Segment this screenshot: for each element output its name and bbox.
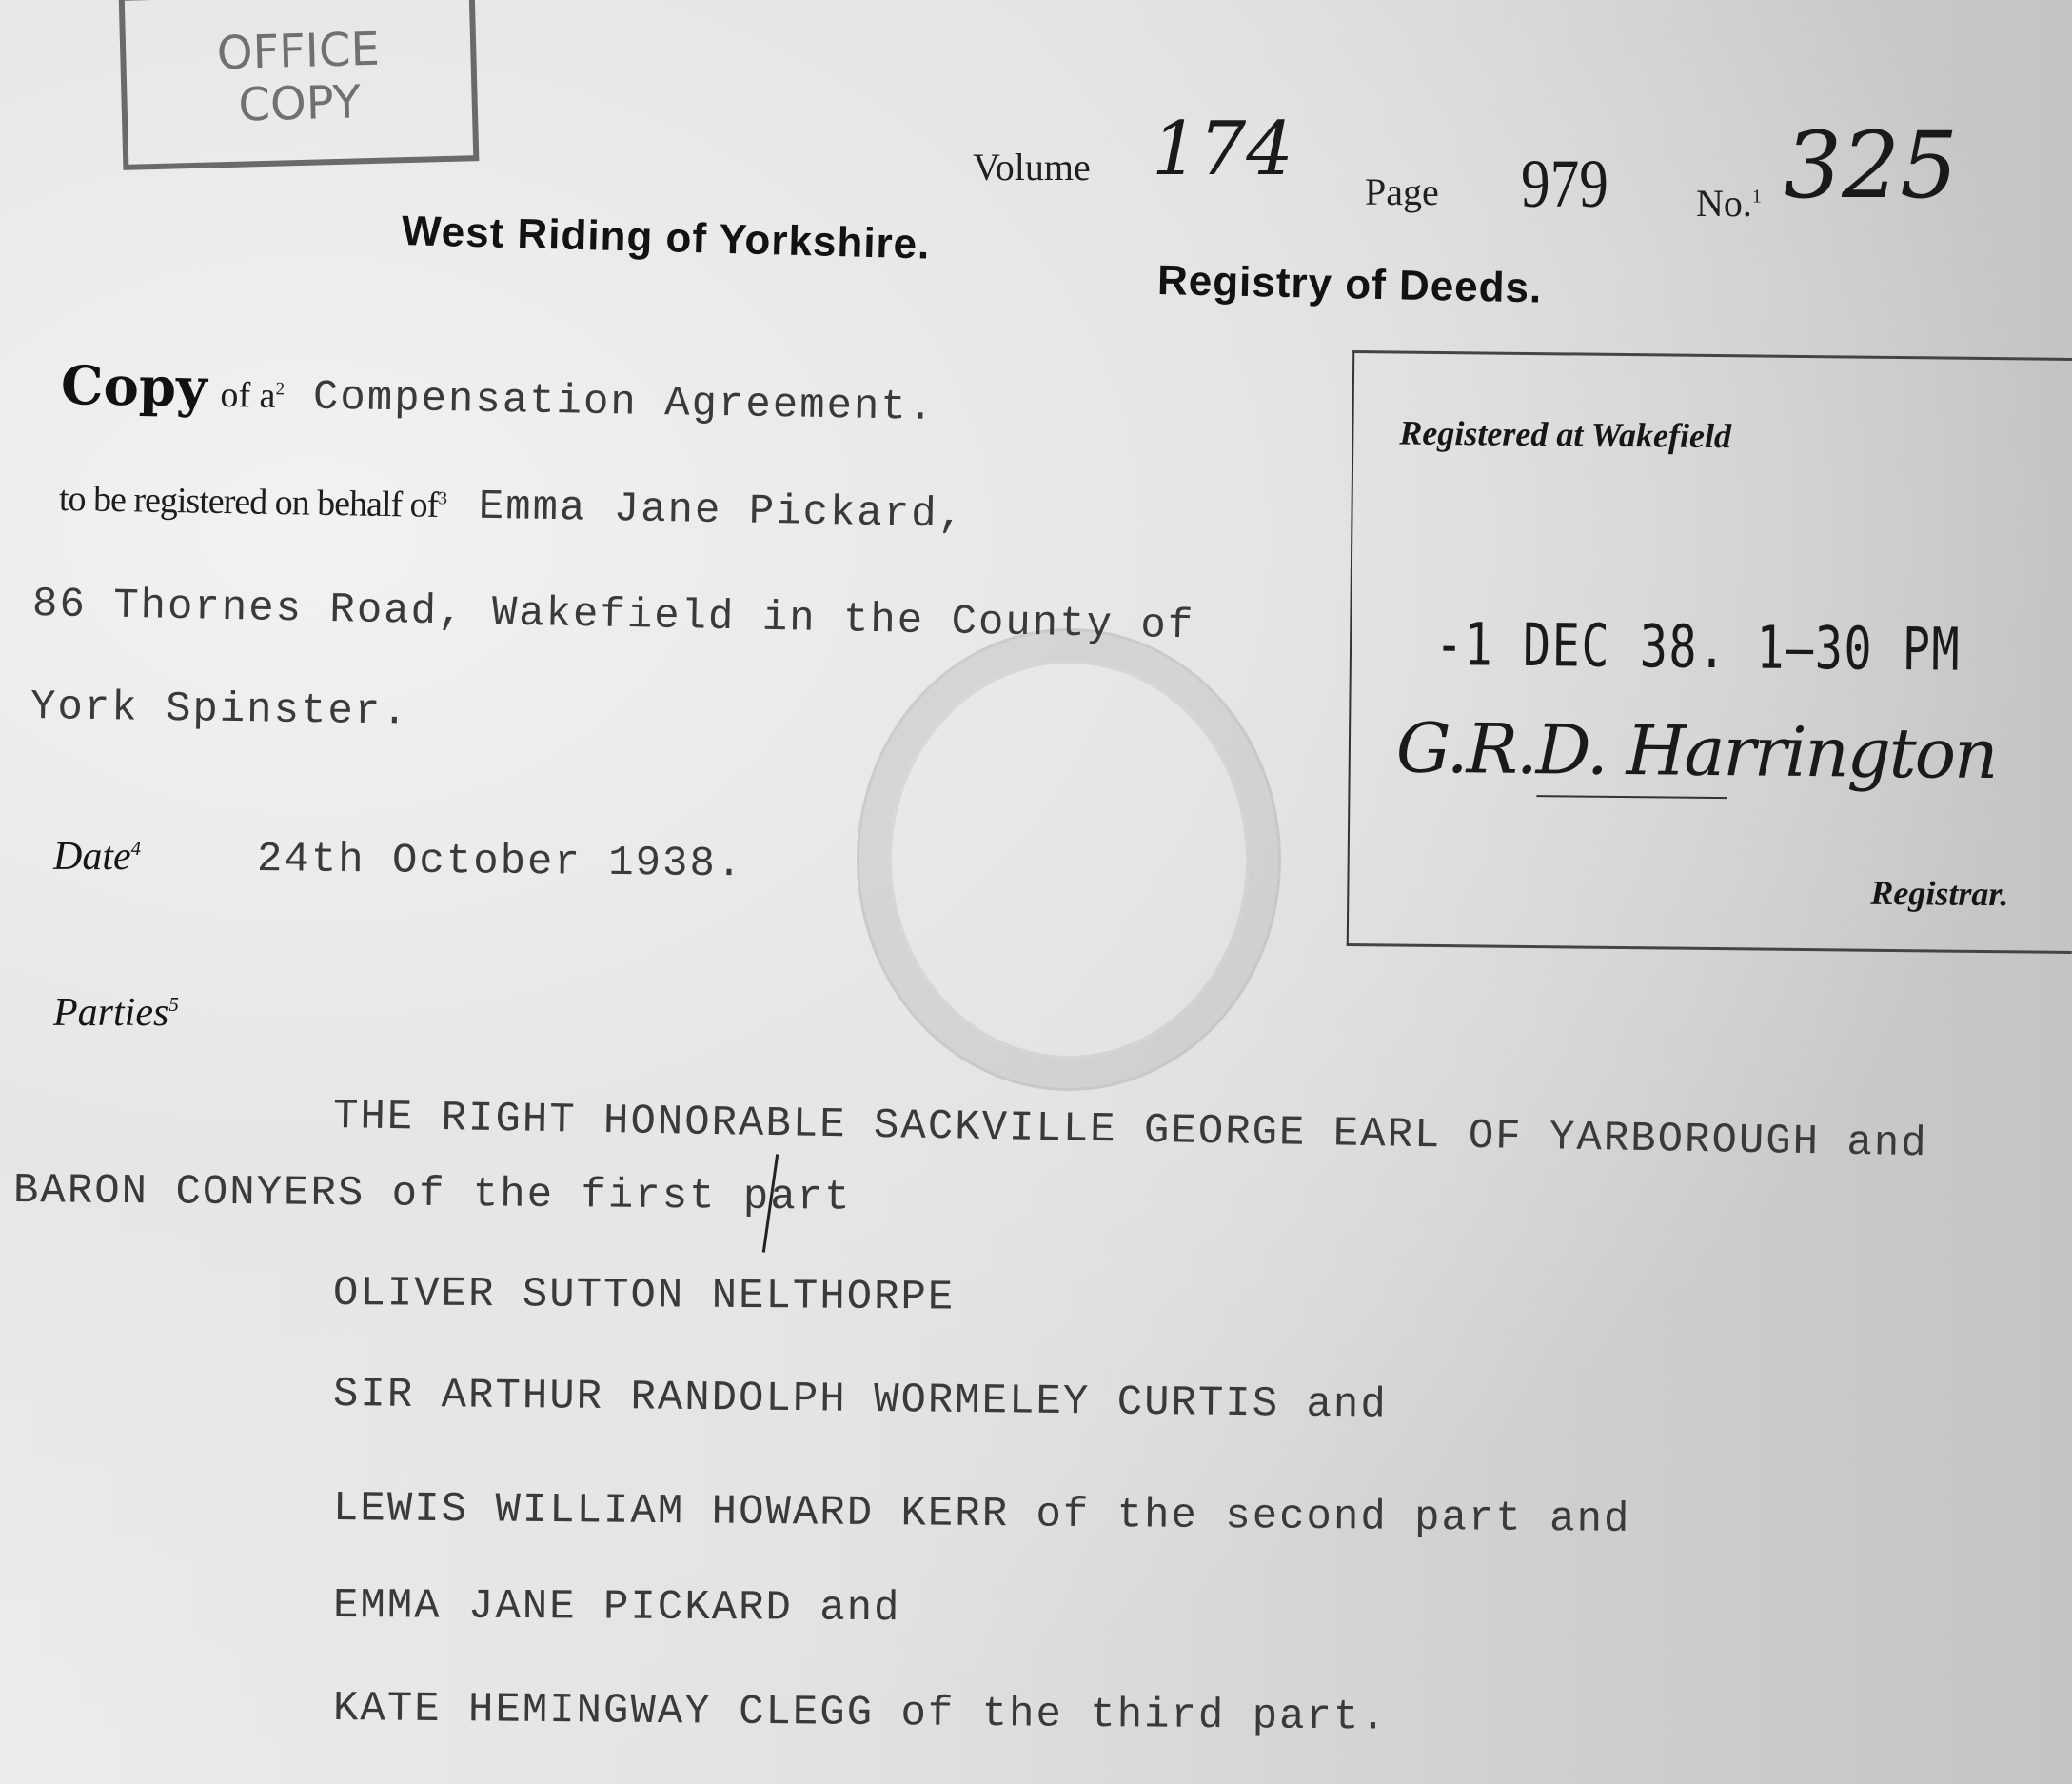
- party-line: KATE HEMINGWAY CLEGG of the third part.: [333, 1685, 1388, 1742]
- signature-underline: [1536, 795, 1727, 799]
- parties-label: Parties5: [53, 990, 179, 1036]
- address-line: 86 Thornes Road, Wakefield in the County…: [32, 581, 1195, 650]
- document-title: Copy of a2 Compensation Agreement.: [60, 354, 935, 432]
- party-line: BARON CONYERS of the first part: [13, 1167, 852, 1222]
- office-copy-stamp: OFFICE COPY: [119, 0, 480, 170]
- stamp-line-1: OFFICE: [216, 24, 380, 81]
- registered-at-label: Registered at Wakefield: [1399, 413, 1731, 457]
- region-title: West Riding of Yorkshire.: [401, 208, 931, 269]
- document-type: Compensation Agreement.: [313, 374, 936, 432]
- number-label: No.1: [1696, 181, 1762, 226]
- registrar-signature: G.R.D. Harrington: [1395, 708, 1996, 795]
- behalf-line: to be registered on behalf of3 Emma Jane…: [59, 476, 966, 540]
- registry-title: Registry of Deeds.: [1156, 257, 1542, 312]
- party-line: EMMA JANE PICKARD and: [333, 1582, 901, 1633]
- volume-label: Volume: [973, 145, 1091, 189]
- stamp-line-2: COPY: [238, 76, 362, 132]
- registrar-label: Registrar.: [1870, 873, 2008, 915]
- document-page: OFFICE COPY Volume 174 Page 979 No.1 325…: [0, 0, 2072, 1784]
- party-line: SIR ARTHUR RANDOLPH WORMELEY CURTIS and: [333, 1371, 1388, 1430]
- date-value: 24th October 1938.: [257, 836, 744, 888]
- party-line: LEWIS WILLIAM HOWARD KERR of the second …: [333, 1485, 1631, 1544]
- volume-value: 174: [1152, 107, 1293, 192]
- of-a-text: of a2: [220, 375, 285, 416]
- behalf-label: to be registered on behalf of3: [59, 479, 447, 525]
- registration-box: Registered at Wakefield -1 DEC 38. 1—30 …: [1347, 350, 2072, 954]
- number-value: 325: [1784, 112, 1958, 219]
- party-line: THE RIGHT HONORABLE SACKVILLE GEORGE EAR…: [333, 1093, 1928, 1168]
- party-line: OLIVER SUTTON NELTHORPE: [333, 1270, 956, 1322]
- page-value: 979: [1521, 145, 1608, 224]
- registration-datestamp: -1 DEC 38. 1—30 PM: [1435, 609, 1962, 684]
- date-label: Date4: [53, 834, 141, 880]
- address-line-2: York Spinster.: [30, 684, 409, 737]
- behalf-name: Emma Jane Pickard,: [478, 484, 965, 540]
- embossed-seal: [857, 628, 1281, 1091]
- copy-word: Copy: [60, 354, 207, 420]
- page-label: Page: [1365, 169, 1439, 214]
